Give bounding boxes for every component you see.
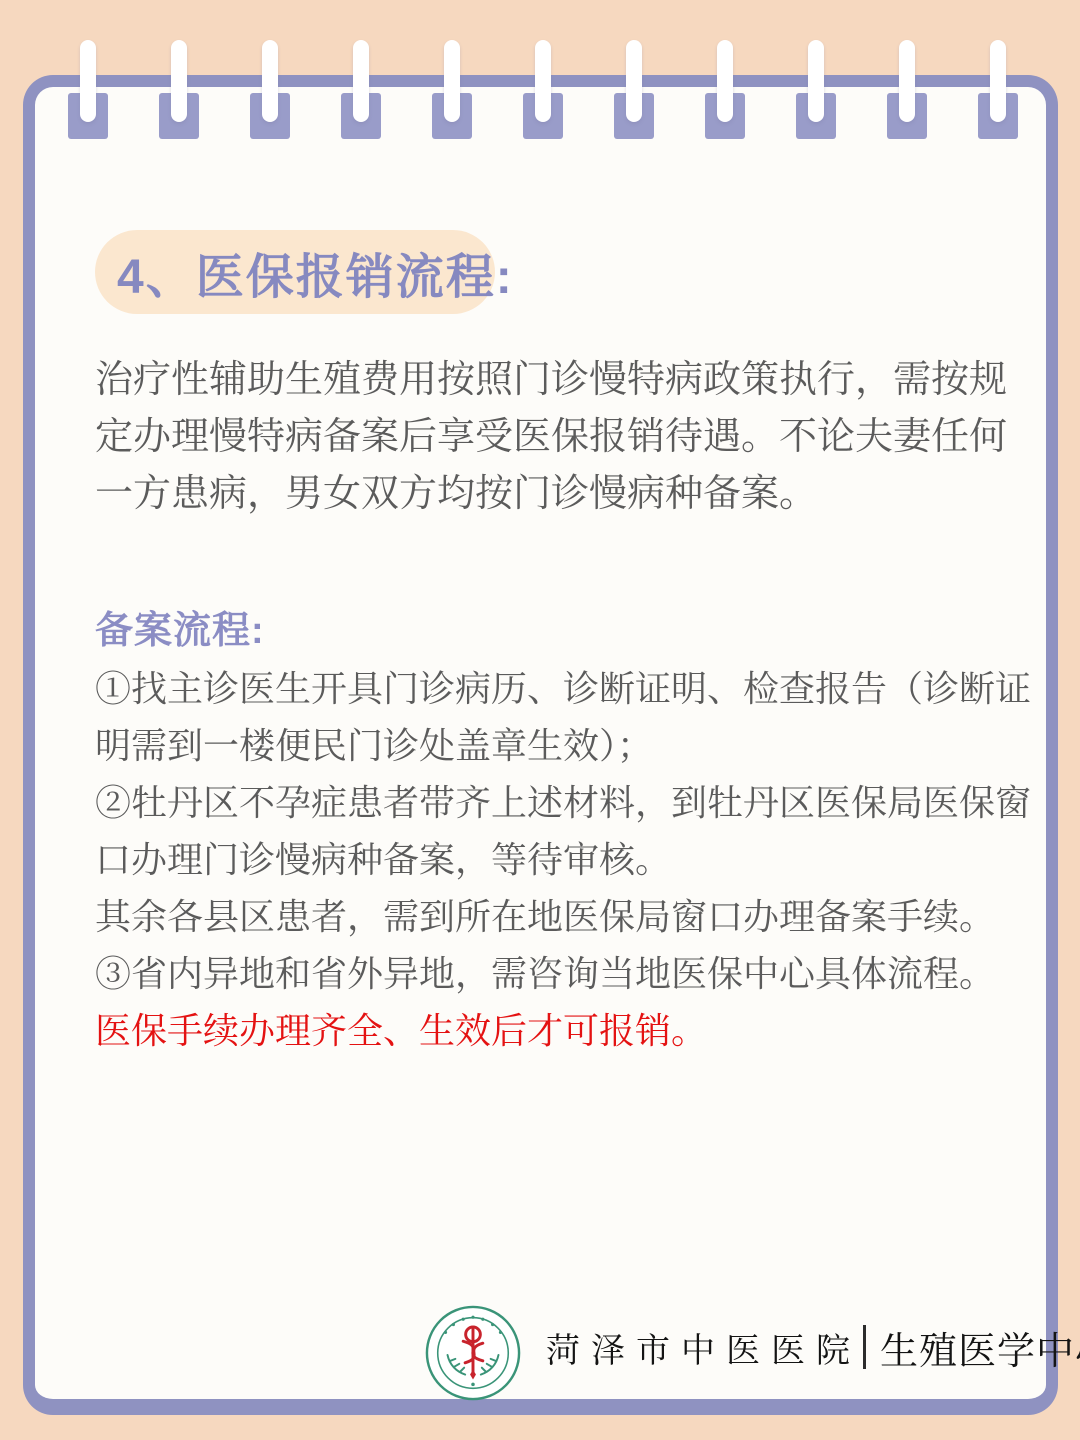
- department-name: 生殖医学中心: [880, 1320, 1080, 1375]
- process-line: ②牡丹区不孕症患者带齐上述材料，到牡丹区医保局医保窗: [95, 774, 1040, 831]
- section-title-pill: 4、医保报销流程:: [95, 230, 495, 314]
- process-heading: 备案流程:: [95, 603, 1040, 660]
- ring-rod: [899, 40, 915, 122]
- poster-page: 4、医保报销流程: 治疗性辅助生殖费用按照门诊慢特病政策执行，需按规 定办理慢特…: [0, 0, 1080, 1440]
- ring-rod: [171, 40, 187, 122]
- warning-text: 医保手续办理齐全、生效后才可报销。: [95, 1002, 1040, 1059]
- ring-rod: [353, 40, 369, 122]
- process-line: 明需到一楼便民门诊处盖章生效）；: [95, 717, 1040, 774]
- ring-rod: [990, 40, 1006, 122]
- intro-line: 一方患病，男女双方均按门诊慢病种备案。: [95, 466, 1025, 523]
- footer-divider: [863, 1325, 866, 1369]
- process-line: 其余各县区患者，需到所在地医保局窗口办理备案手续。: [95, 888, 1040, 945]
- ring-rod: [262, 40, 278, 122]
- intro-line: 定办理慢特病备案后享受医保报销待遇。不论夫妻任何: [95, 409, 1025, 466]
- ring-rod: [535, 40, 551, 122]
- intro-line: 治疗性辅助生殖费用按照门诊慢特病政策执行，需按规: [95, 352, 1025, 409]
- page-title: 4、医保报销流程:: [117, 238, 514, 307]
- intro-paragraph: 治疗性辅助生殖费用按照门诊慢特病政策执行，需按规 定办理慢特病备案后享受医保报销…: [95, 352, 1025, 523]
- process-line: ①找主诊医生开具门诊病历、诊断证明、检查报告（诊断证: [95, 660, 1040, 717]
- process-section: 备案流程: ①找主诊医生开具门诊病历、诊断证明、检查报告（诊断证 明需到一楼便民…: [95, 603, 1040, 1059]
- ring-rod: [80, 40, 96, 122]
- footer: 菏泽市中医医院 生殖医学中心: [424, 1300, 1080, 1406]
- hospital-name: 菏泽市中医医院: [546, 1323, 861, 1372]
- process-line: 口办理门诊慢病种备案，等待审核。: [95, 831, 1040, 888]
- ring-rod: [717, 40, 733, 122]
- ring-rod: [808, 40, 824, 122]
- hospital-emblem-icon: [424, 1304, 522, 1402]
- ring-rod: [626, 40, 642, 122]
- process-line: ③省内异地和省外异地，需咨询当地医保中心具体流程。: [95, 945, 1040, 1002]
- ring-rod: [444, 40, 460, 122]
